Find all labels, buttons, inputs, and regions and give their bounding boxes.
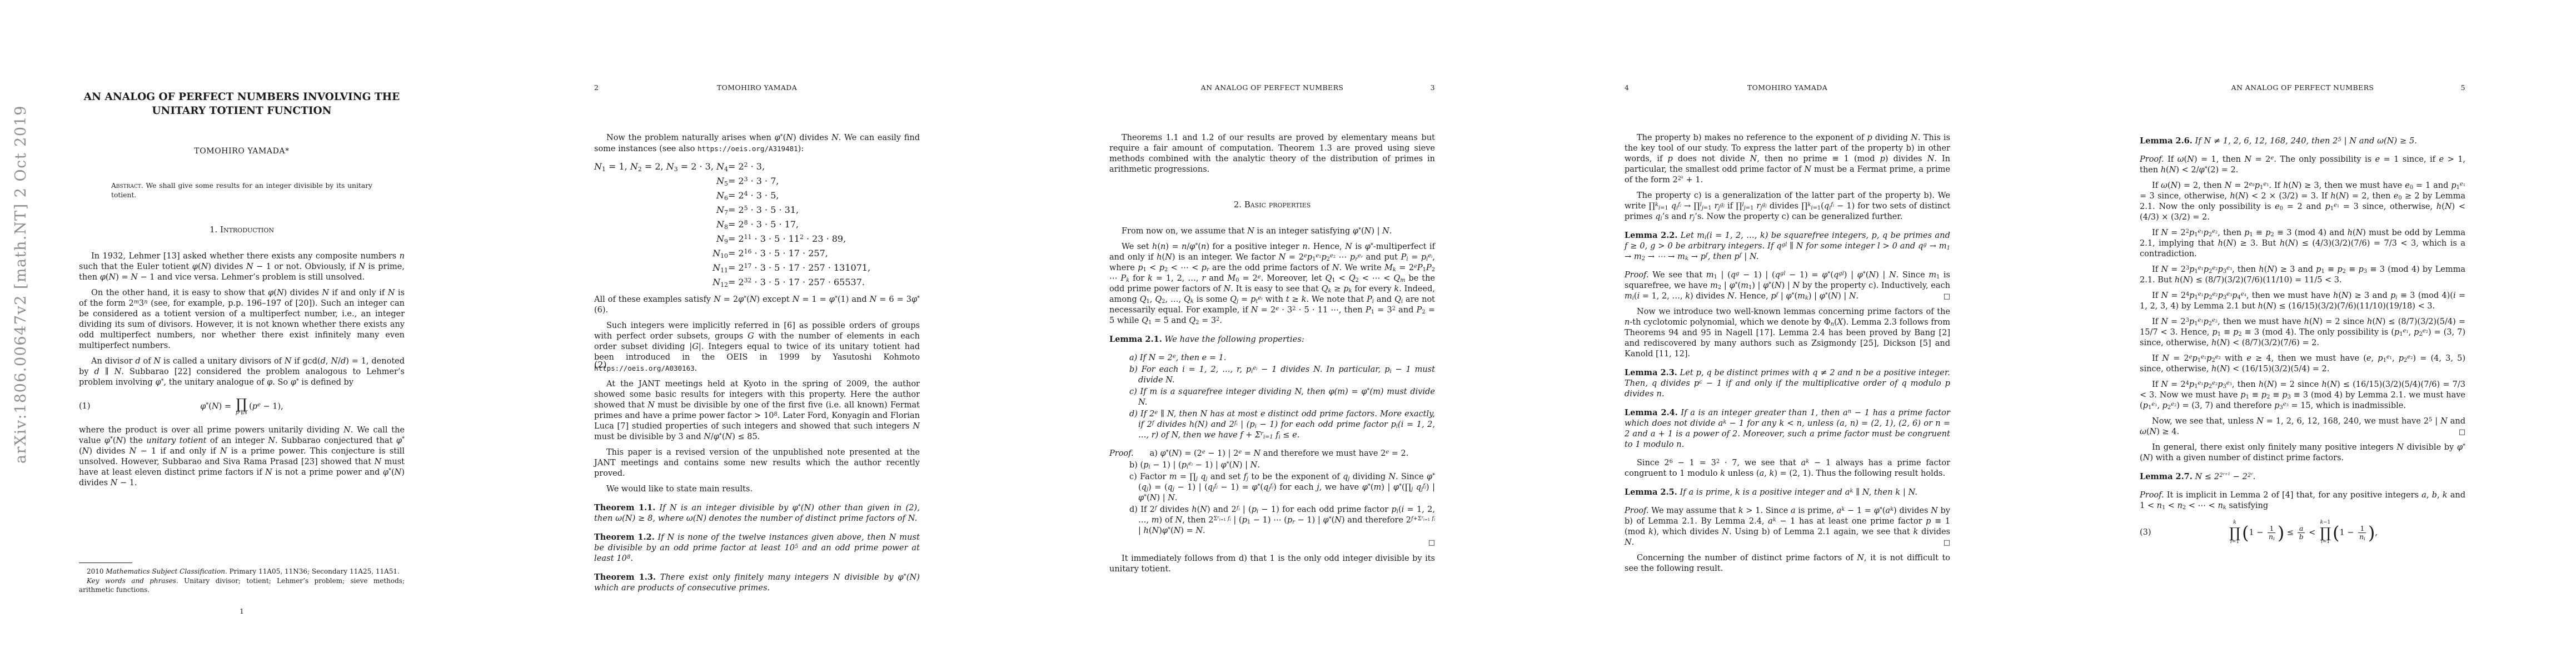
section-heading-basic-properties: 2. Basic properties (1109, 200, 1435, 210)
lemma-2-3: Lemma 2.3. Let p, q be distinct primes w… (1625, 367, 1950, 400)
page-1: arXiv:1806.00647v2 [math.NT] 2 Oct 2019 … (0, 0, 515, 667)
paragraph-distinct-prime-factors: Concerning the number of distinct prime … (1625, 553, 1950, 574)
lemma-2-7: Lemma 2.7. N ≤ 22r+1 − 22r. (2140, 471, 2465, 482)
paragraph-lehmer: In 1932, Lehmer [13] asked whether there… (79, 251, 405, 283)
proof-2-6-case-omega-2: If ω(N) = 2, then N = 2e0p1e1. If h(N) ≥… (2140, 181, 2465, 223)
paragraph-revised-version: This paper is a revised version of the u… (594, 447, 920, 479)
oeis-link[interactable]: https://oeis.org/A030163 (594, 364, 695, 372)
running-head-page-number: 5 (2461, 83, 2465, 92)
paragraph-proof-methods: Theorems 1.1 and 1.2 of our results are … (1109, 133, 1435, 175)
proof-2-6-conclusion: Now, we see that, unless N = 1, 2, 6, 12… (2140, 416, 2465, 437)
running-head-title: TOMOHIRO YAMADA (1625, 83, 1950, 92)
proof-lemma-2-2: Proof. We see that m1 | (qg − 1) | (qgl … (1625, 270, 1950, 302)
proof-lemma-2-7-intro: Proof. It is implicit in Lemma 2 of [4] … (2140, 490, 2465, 511)
proof-2-1-item-b: b) (pi − 1) | (piei − 1) | φ*(N) | N. (1109, 460, 1435, 471)
equation-tag: (2) (594, 360, 607, 370)
footnote-keywords: Key words and phrases. Unitary divisor; … (79, 576, 405, 595)
footnote-rule (79, 563, 132, 563)
paragraph-zsigmondy-consequence: Since 26 − 1 = 32 · 7, we see that ak − … (1625, 458, 1950, 479)
paragraph-jant: At the JANT meetings held at Kyoto in th… (594, 379, 920, 442)
lemma-2-1-item-c: c) If m is a squarefree integer dividing… (1109, 387, 1435, 408)
page-3-column: Theorems 1.1 and 1.2 of our results are … (1109, 128, 1435, 580)
running-head-page-number: 2 (594, 83, 599, 92)
proof-2-6-case-omega-1: Proof. If ω(N) = 1, then N = 2e. The onl… (2140, 155, 2465, 176)
proof-2-6-case-8p1p2: If N = 23p1e1p2e2, then we must have h(N… (2140, 317, 2465, 349)
equation-tag: (1) (79, 402, 91, 411)
proof-2-6-case-16p1p2p3p4: If N = 24p1e1p2e2p3e3p4e4, then we must … (2140, 291, 2465, 312)
proof-2-6-case-16p1p2p3: If N = 24p1e1p2e2p3e3, then h(N) = 2 sin… (2140, 380, 2465, 411)
equation-2: (2)N1 = 1, N2 = 2, N3 = 2 · 3, N4= 22 · … (594, 160, 920, 290)
lemma-2-2: Lemma 2.2. Let mi(i = 1, 2, …, k) be squ… (1625, 230, 1950, 262)
page-3: AN ANALOG OF PERFECT NUMBERS 3 Theorems … (1030, 0, 1546, 667)
proof-2-6-case-e-ge-4: If N = 2ep1e1p2e2 with e ≥ 4, then we mu… (2140, 354, 2465, 375)
equation-3: (3)k∏i=1(1 − 1ni) ≤ ab < k−1∏i=1(1 − 1ni… (2140, 520, 2465, 545)
paragraph-cyclotomic: Now we introduce two well-known lemmas c… (1625, 307, 1950, 360)
oeis-link[interactable]: https://oeis.org/A319481 (697, 145, 798, 153)
page-5-column: Lemma 2.6. If N ≠ 1, 2, 6, 12, 168, 240,… (2140, 128, 2465, 554)
paragraph-unitary-totient: where the product is over all prime powe… (79, 425, 405, 489)
theorem-1-1: Theorem 1.1. If N is an integer divisibl… (594, 502, 920, 524)
page-1-column: AN ANALOG OF PERFECT NUMBERS INVOLVING T… (79, 90, 405, 494)
running-head-title: AN ANALOG OF PERFECT NUMBERS (2140, 83, 2465, 92)
running-head: 4 TOMOHIRO YAMADA (1625, 83, 1950, 93)
paragraph-examples-satisfy: All of these examples satisfy N = 2φ*(N)… (594, 295, 920, 316)
proof-2-1-item-d: d) If 2f divides h(N) and 2fi | (pi − 1)… (1109, 505, 1435, 536)
running-head: AN ANALOG OF PERFECT NUMBERS 3 (1109, 83, 1435, 93)
theorem-1-2: Theorem 1.2. If N is none of the twelve … (594, 532, 920, 564)
running-head-page-number: 3 (1431, 83, 1435, 92)
paragraph-odd-integer: It immediately follows from d) that 1 is… (1109, 554, 1435, 575)
proof-lemma-2-5: Proof. We may assume that k > 1. Since a… (1625, 506, 1950, 548)
paragraph-finitely-many: In general, there exist only finitely ma… (2140, 442, 2465, 464)
page-5: AN ANALOG OF PERFECT NUMBERS 5 Lemma 2.6… (2061, 0, 2576, 667)
theorem-1-3: Theorem 1.3. There exist only finitely m… (594, 572, 920, 594)
lemma-2-1: Lemma 2.1. We have the following propert… (1109, 334, 1435, 345)
running-head-title: AN ANALOG OF PERFECT NUMBERS (1109, 83, 1435, 92)
lemma-2-1-item-a: a) If N = 2e, then e = 1. (1109, 353, 1435, 364)
page-4: 4 TOMOHIRO YAMADA The property b) makes … (1546, 0, 2061, 667)
page-number: 1 (79, 607, 405, 615)
page-2: 2 TOMOHIRO YAMADA Now the problem natura… (515, 0, 1030, 667)
page-4-column: The property b) makes no reference to th… (1625, 128, 1950, 579)
paragraph-main-results: We would like to state main results. (594, 484, 920, 495)
paragraph-property-b: The property b) makes no reference to th… (1625, 133, 1950, 186)
lemma-2-5: Lemma 2.5. If a is prime, k is a positiv… (1625, 487, 1950, 498)
paragraph-multiperfect: On the other hand, it is easy to show th… (79, 288, 405, 351)
proof-2-1-item-c: c) Factor m = ∏j qj and set fj to be the… (1109, 472, 1435, 504)
section-heading-introduction: 1. Introduction (79, 225, 405, 235)
equation-tag: (3) (2140, 528, 2151, 537)
paragraph-assumption: From now on, we assume that N is an inte… (1109, 226, 1435, 237)
paragraph-notation: We set h(n) = n/φ*(n) for a positive int… (1109, 242, 1435, 326)
proof-2-1-item-a: Proof. a) φ*(N) = (2e − 1) | 2e = N and … (1109, 449, 1435, 459)
proof-2-6-case-8p1p2p3: If N = 23p1e1p2e2p3e3, then h(N) ≥ 3 and… (2140, 265, 2465, 286)
paper-canvas: arXiv:1806.00647v2 [math.NT] 2 Oct 2019 … (0, 0, 2576, 667)
lemma-2-1-item-b: b) For each i = 1, 2, …, r, piei − 1 div… (1109, 365, 1435, 386)
page-2-column: Now the problem naturally arises when φ*… (594, 128, 920, 601)
paragraph-unitary-divisor: An divisor d of N is called a unitary di… (79, 356, 405, 388)
running-head-title: TOMOHIRO YAMADA (594, 83, 920, 92)
lemma-2-1-item-d: d) If 2e ∥ N, then N has at most e disti… (1109, 409, 1435, 441)
paragraph-instances: Now the problem naturally arises when φ*… (594, 133, 920, 155)
running-head-page-number: 4 (1625, 83, 1629, 92)
footnote-msc: 2010 Mathematics Subject Classification.… (79, 567, 405, 576)
arxiv-stamp: arXiv:1806.00647v2 [math.NT] 2 Oct 2019 (12, 152, 31, 464)
lemma-2-4: Lemma 2.4. If a is an integer greater th… (1625, 407, 1950, 450)
author-name: TOMOHIRO YAMADA* (79, 147, 405, 156)
proof-2-6-case-4p1p2: If N = 22p1e1p2e2, then p1 ≡ p2 ≡ 3 (mod… (2140, 228, 2465, 260)
lemma-2-6: Lemma 2.6. If N ≠ 1, 2, 6, 12, 168, 240,… (2140, 136, 2465, 147)
footnote: 2010 Mathematics Subject Classification.… (79, 563, 405, 595)
qed-box: □ (1109, 539, 1435, 547)
running-head: 2 TOMOHIRO YAMADA (594, 83, 920, 93)
paragraph-perfect-order-subsets: Such integers were implicitly referred i… (594, 321, 920, 374)
paper-title: AN ANALOG OF PERFECT NUMBERS INVOLVING T… (79, 90, 405, 118)
abstract: Abstract. We shall give some results for… (111, 181, 372, 200)
running-head: AN ANALOG OF PERFECT NUMBERS 5 (2140, 83, 2465, 93)
paragraph-property-c: The property c) is a generalization of t… (1625, 191, 1950, 222)
equation-1: (1)φ*(N) = ∏pe∥N(pe − 1), (79, 397, 405, 416)
